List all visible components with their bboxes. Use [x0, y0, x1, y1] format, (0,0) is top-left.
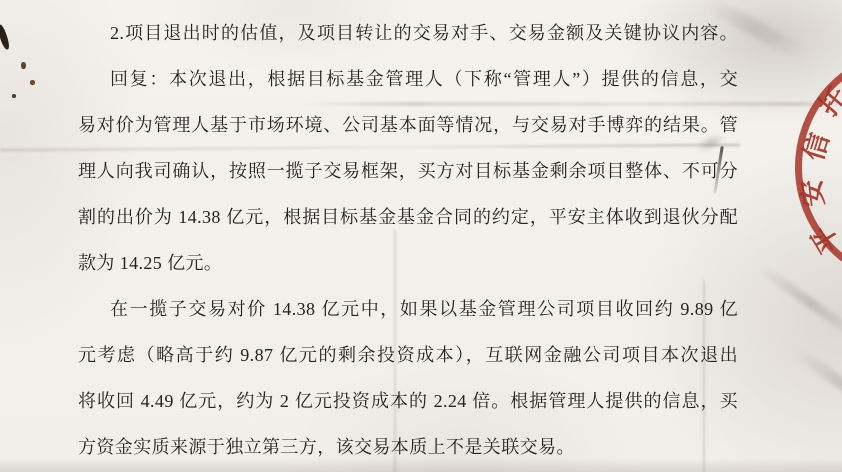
- seal-character: 信: [800, 130, 834, 164]
- document-body: 2.项目退出时的估值，及项目转让的交易对手、交易金额及关键协议内容。 回复：本次…: [78, 0, 738, 470]
- seal-character: 安: [798, 178, 828, 208]
- seal-character: 托: [815, 83, 842, 121]
- paper-speck: [30, 80, 35, 85]
- text-line: 割的出价为 14.38 亿元，根据目标基金基金合同的约定，平安主体收到退伙分配: [78, 194, 738, 240]
- fold-shadow: [792, 346, 842, 422]
- text-line: 在一揽子交易对价 14.38 亿元中，如果以基金管理公司项目收回约 9.89 亿: [78, 286, 738, 332]
- text-line: 方资金实质来源于独立第三方，该交易本质上不是关联交易。: [78, 424, 738, 470]
- text-line: 元考虑（略高于约 9.87 亿元的剩余投资成本），互联网金融公司项目本次退出: [78, 332, 738, 378]
- text-line: 理人向我司确认，按照一揽子交易框架，买方对目标基金剩余项目整体、不可分: [78, 148, 738, 194]
- scanned-document-page: 2.项目退出时的估值，及项目转让的交易对手、交易金额及关键协议内容。 回复：本次…: [0, 0, 842, 472]
- text-line: 易对价为管理人基于市场环境、公司基本面等情况，与交易对手博弈的结果。管: [78, 102, 738, 148]
- paper-speck: [0, 24, 11, 51]
- paper-speck: [21, 62, 26, 69]
- text-line: 款为 14.25 亿元。: [78, 240, 738, 286]
- seal-character: 平: [807, 220, 842, 257]
- text-line: 回复：本次退出，根据目标基金管理人（下称“管理人”）提供的信息，交: [78, 56, 738, 102]
- paper-speck: [12, 94, 16, 98]
- fold-shadow: [756, 263, 842, 343]
- text-line: 2.项目退出时的估值，及项目转让的交易对手、交易金额及关键协议内容。: [78, 10, 738, 56]
- official-seal: 托 信 安 平: [795, 48, 842, 286]
- text-line: 将收回 4.49 亿元，约为 2 亿元投资成本的 2.24 倍。根据管理人提供的…: [78, 378, 738, 424]
